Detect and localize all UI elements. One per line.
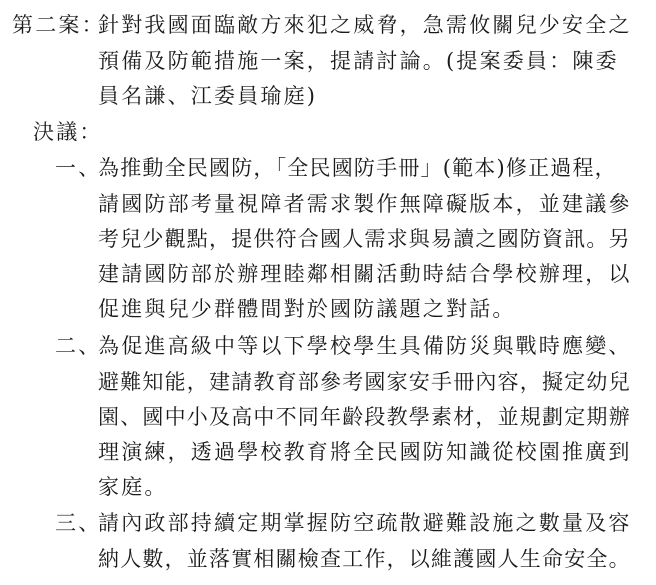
document-page: 第二案： 針對我國面臨敵方來犯之威脅，急需攸關兒少安全之 預備及防範措施一案，提… xyxy=(0,0,656,585)
item-line: 請內政部持續定期掌握防空疏散避難設施之數量及容 xyxy=(98,510,632,536)
proposal-line: 員名謙、江委員瑜庭) xyxy=(98,83,317,109)
item-line: 為推動全民國防，「全民國防手冊」(範本)修正過程， xyxy=(98,155,617,181)
item-line: 促進與兒少群體間對於國防議題之對話。 xyxy=(98,296,516,322)
item-line: 避難知能，建請教育部參考國家安手冊內容，擬定幼兒 xyxy=(98,369,631,395)
proposal-line: 預備及防範措施一案，提請討論。(提案委員：陳委 xyxy=(98,48,619,74)
item-line: 建請國防部於辦理睦鄰相關活動時結合學校辦理，以 xyxy=(98,261,632,287)
item-line: 園、國中小及高中不同年齡段教學素材，並規劃定期辦 xyxy=(98,404,631,430)
resolution-heading: 決議： xyxy=(33,119,103,145)
proposal-line: 針對我國面臨敵方來犯之威脅，急需攸關兒少安全之 xyxy=(98,12,632,38)
item-line: 家庭。 xyxy=(98,474,168,500)
item-line: 為促進高級中等以下學校學生具備防災與戰時應變、 xyxy=(98,333,632,359)
item-marker: 一、 xyxy=(55,155,101,181)
item-marker: 三、 xyxy=(55,510,101,536)
item-marker: 二、 xyxy=(55,333,101,359)
item-line: 納人數，並落實相關檢查工作，以維護國人生命安全。 xyxy=(98,546,631,572)
item-line: 考兒少觀點，提供符合國人需求與易讀之國防資訊。另 xyxy=(98,226,631,252)
proposal-label: 第二案： xyxy=(12,12,105,38)
item-line: 請國防部考量視障者需求製作無障礙版本，並建議參 xyxy=(98,191,632,217)
item-line: 理演練，透過學校教育將全民國防知識從校園推廣到 xyxy=(98,439,632,465)
